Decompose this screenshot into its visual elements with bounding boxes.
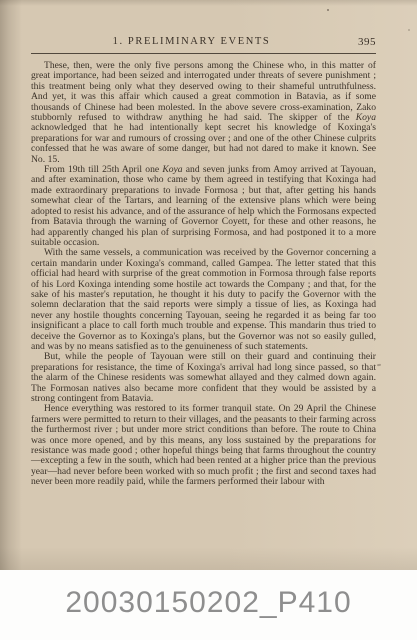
page-number: 395 (358, 36, 376, 48)
archive-id-label: 20030150202_P410 (65, 586, 351, 620)
page-text: These, then, were the only five persons … (31, 61, 376, 488)
running-header-title: 1. PRELIMINARY EVENTS (19, 36, 364, 47)
paragraph: Hence everything was restored to its for… (31, 404, 376, 487)
paragraph: With the same vessels, a communication w… (31, 248, 376, 352)
header-rule (31, 53, 376, 54)
text-block: 1. PRELIMINARY EVENTS 395 These, then, w… (31, 36, 376, 488)
scan-footer-strip: 20030150202_P410 (0, 570, 417, 640)
book-page: 1. PRELIMINARY EVENTS 395 These, then, w… (0, 0, 417, 570)
paragraph: From 19th till 25th April one Koya and s… (31, 165, 376, 248)
paragraph: But, while the people of Tayouan were st… (31, 352, 376, 404)
paper-speck (327, 9, 329, 11)
paper-speck (377, 364, 381, 366)
paragraph: These, then, were the only five persons … (31, 61, 376, 165)
paper-speck (408, 29, 410, 31)
running-header: 1. PRELIMINARY EVENTS 395 (31, 36, 376, 50)
scanned-page: 1. PRELIMINARY EVENTS 395 These, then, w… (0, 0, 417, 640)
